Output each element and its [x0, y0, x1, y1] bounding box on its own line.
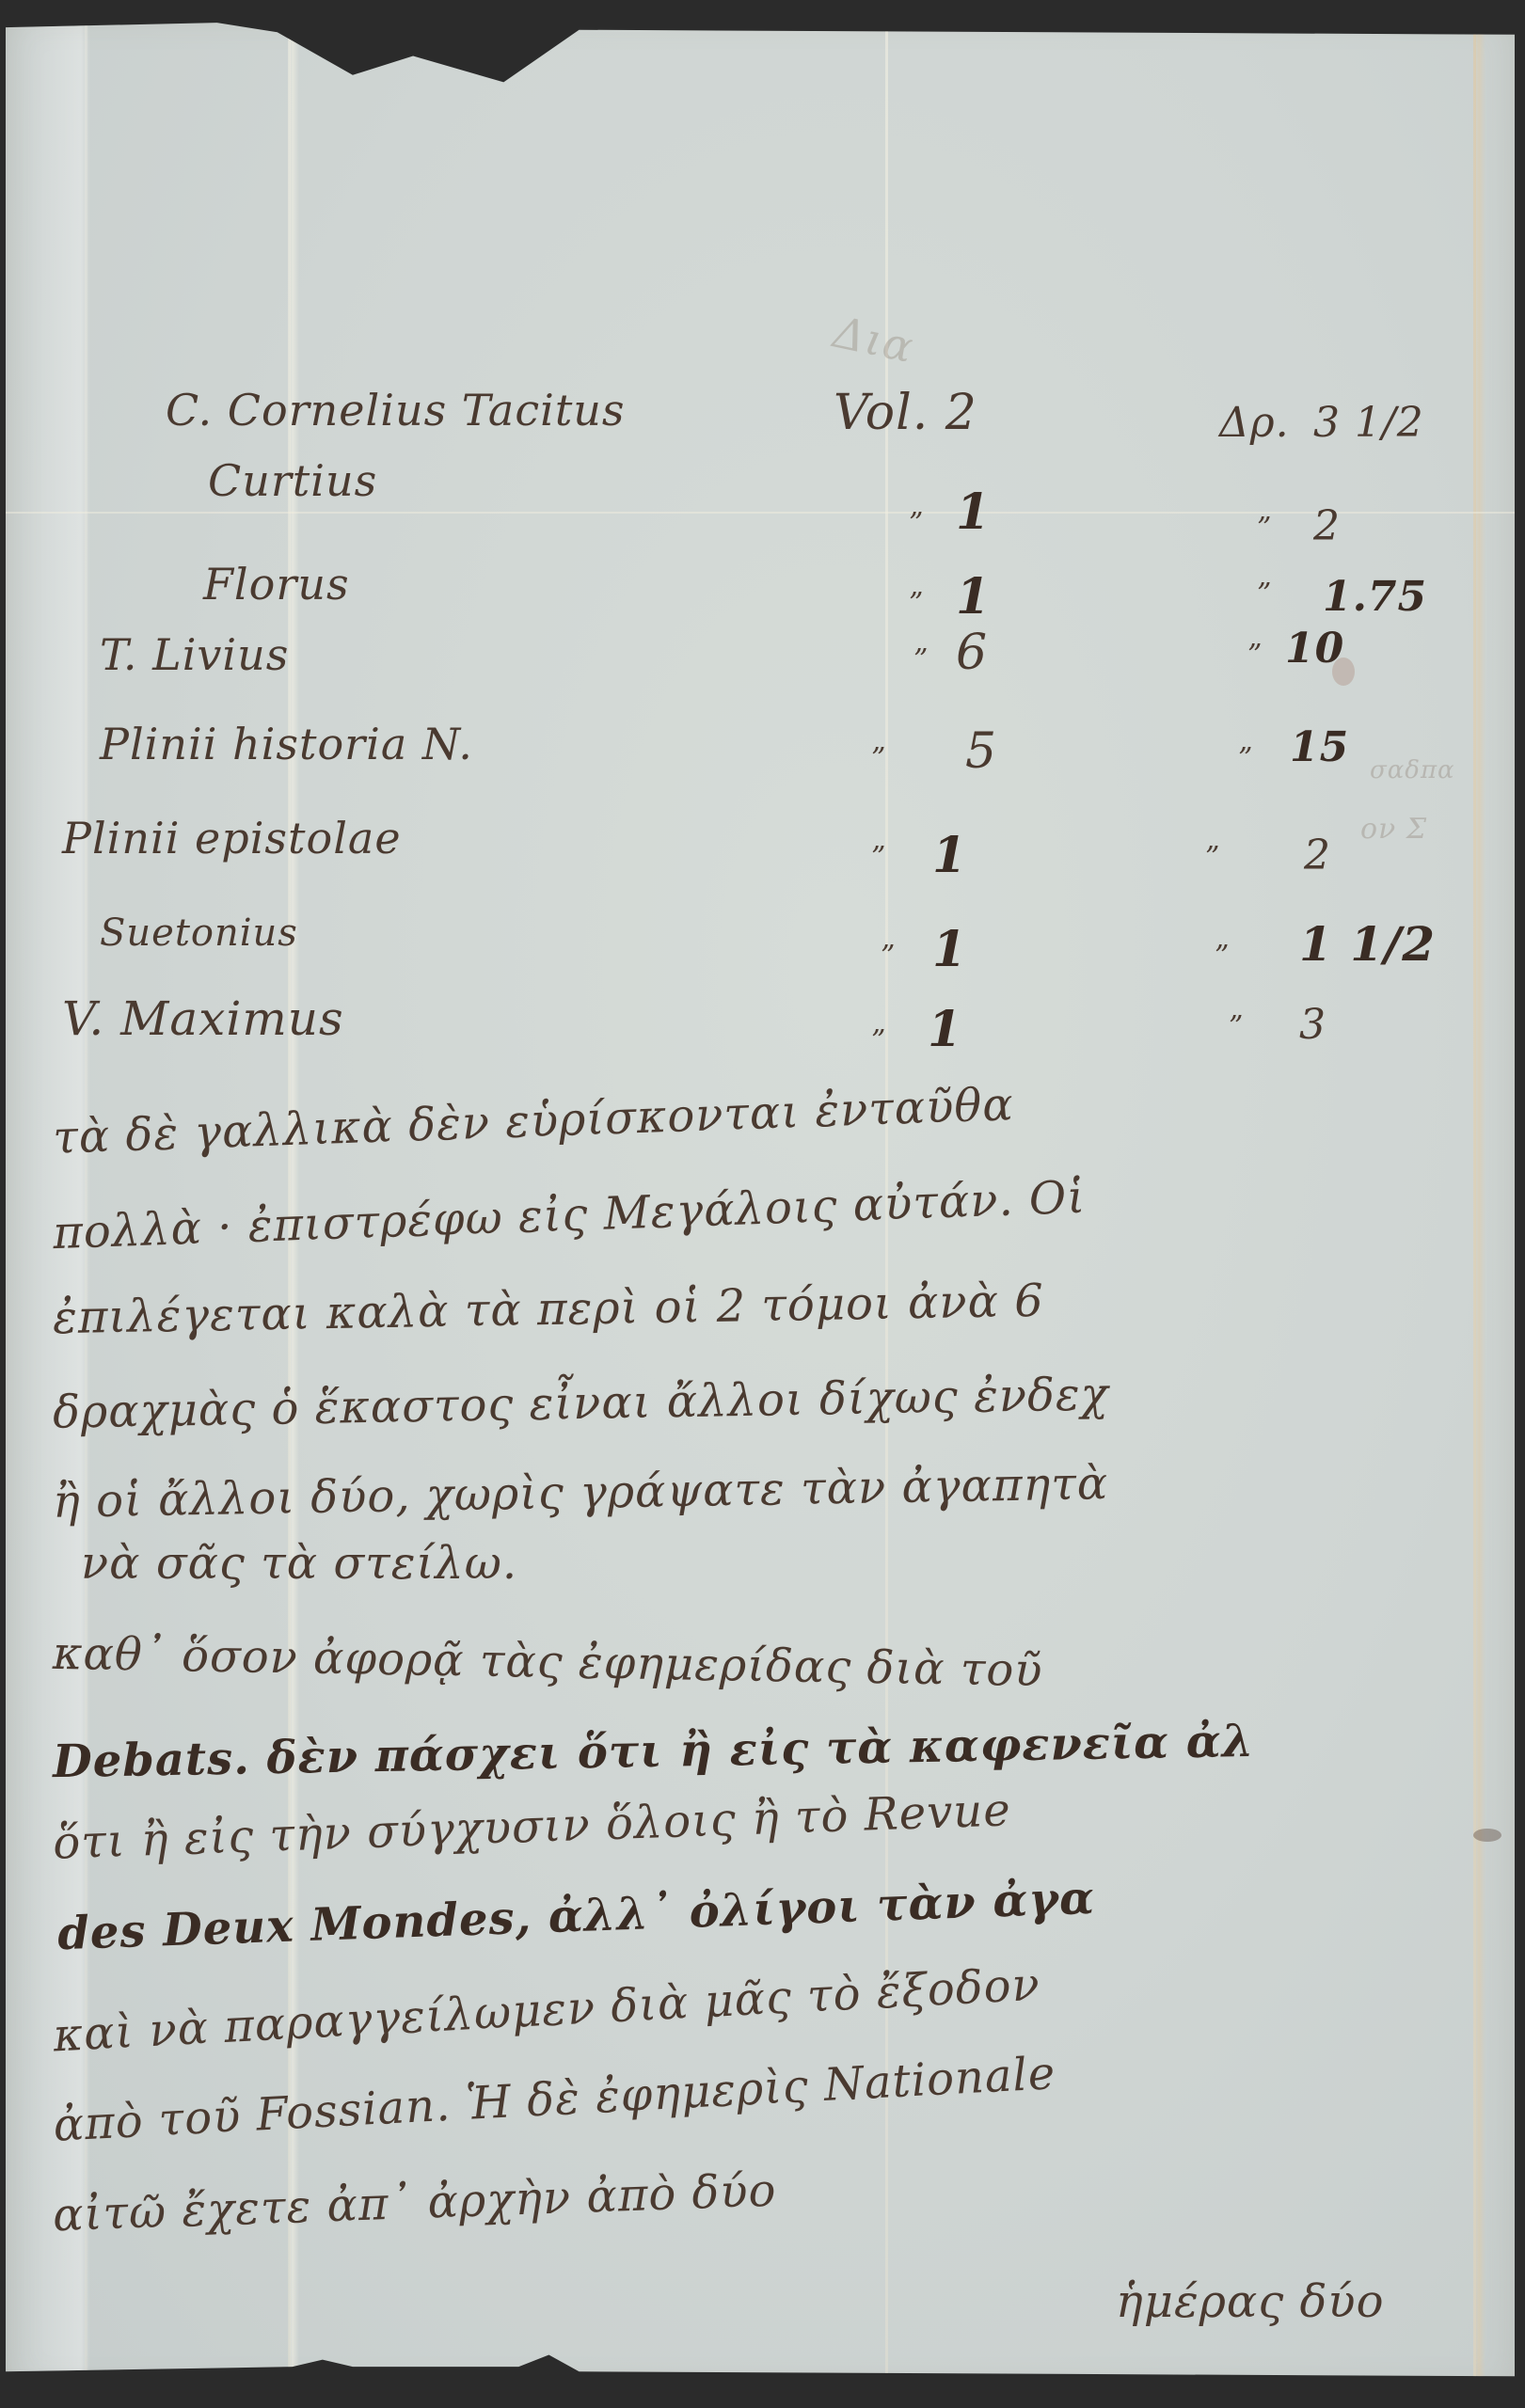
book-price: 1 1/2 [1299, 916, 1436, 972]
fold-line-edge [1473, 13, 1476, 2393]
book-volumes: 1 [932, 921, 967, 978]
book-author: Plinii epistolae [62, 813, 402, 863]
letter-line: ἡμέρας δύο [1116, 2275, 1384, 2328]
letter-line: ἢ οἱ ἄλλοι δύο, χωρὶς γράψατε τὰν ἀγαπητ… [53, 1457, 1109, 1529]
book-price: 2 [1304, 832, 1331, 879]
ditto-mark: ” [909, 507, 924, 540]
price-currency: Δρ. [1219, 399, 1290, 447]
ink-stain [1473, 1829, 1501, 1842]
book-price: 3 1/2 [1313, 399, 1424, 447]
letter-line: ἐπιλέγεται καλὰ τὰ περὶ οἱ 2 τόμοι ἀνὰ 6 [53, 1275, 1045, 1344]
book-author: Curtius [208, 455, 377, 506]
book-volumes: 6 [956, 625, 988, 681]
book-volumes: 1 [956, 483, 991, 541]
book-author: Suetonius [100, 911, 298, 955]
letter-line: καθ᾽ ὅσον ἀφορᾷ τὰς ἐφημερίδας διὰ τοῦ [53, 1627, 1043, 1697]
fold-line-horizontal [6, 512, 1515, 514]
ditto-mark: ” [1257, 512, 1272, 545]
book-author: Plinii historia N. [100, 719, 473, 769]
letter-line: τὰ δὲ γαλλικὰ δὲν εὑρίσκονται ἐνταῦθα [52, 1078, 1014, 1164]
book-price: 1.75 [1323, 573, 1427, 621]
letter-line: Debats. δὲν πάσχει ὅτι ἢ εἰς τὰ καφενεῖα… [53, 1715, 1255, 1788]
ditto-mark: ” [871, 841, 886, 874]
ditto-mark: ” [909, 587, 924, 620]
ditto-mark: ” [1238, 742, 1253, 775]
book-author: V. Maximus [62, 991, 344, 1046]
ditto-mark: ” [1229, 1010, 1244, 1043]
book-price: 10 [1285, 625, 1344, 673]
letter-line: des Deux Mondes, ἀλλ᾽ ὀλίγοι τὰν ἀγα [56, 1872, 1095, 1960]
letter-line: αἰτῶ ἔχετε ἀπ᾽ ἀρχὴν ἀπὸ δύο [52, 2164, 777, 2242]
bleed-through-text: ον Σ [1360, 813, 1427, 846]
book-volumes: 1 [928, 1001, 962, 1058]
book-author: T. Livius [100, 629, 289, 680]
book-volumes: Vol. 2 [834, 385, 977, 441]
bleed-through-text: σαδπα [1370, 756, 1455, 784]
ditto-mark: ” [1247, 639, 1263, 672]
book-volumes: 1 [932, 827, 967, 884]
letter-line: νὰ σᾶς τὰ στείλω. [81, 1537, 517, 1590]
letter-page: Δια σαδπα ον Σ C. Cornelius Tacitus Vol.… [6, 13, 1515, 2393]
book-price: 3 [1299, 1001, 1326, 1049]
letter-line: πολλὰ · ἐπιστρέφω εἰς Μεγάλοις αὐτάν. Οἱ [52, 1171, 1087, 1259]
book-price: 2 [1313, 502, 1341, 550]
bleed-through-text: Δια [829, 307, 918, 373]
ditto-mark: ” [1215, 940, 1230, 973]
book-price: 15 [1290, 723, 1349, 771]
book-volumes: 1 [956, 568, 991, 626]
letter-line: καὶ νὰ παραγγείλωμεν διὰ μᾶς τὸ ἔξοδον [52, 1958, 1041, 2063]
book-author: C. Cornelius Tacitus [166, 385, 626, 436]
ditto-mark: ” [881, 940, 896, 973]
ditto-mark: ” [871, 1024, 886, 1057]
ditto-mark: ” [1257, 578, 1272, 610]
book-author: Florus [203, 559, 350, 610]
letter-line: δραχμὰς ὁ ἕκαστος εἶναι ἄλλοι δίχως ἐνδε… [53, 1368, 1110, 1439]
book-volumes: 5 [965, 723, 997, 780]
letter-line: ὅτι ἢ εἰς τὴν σύγχυσιν ὅλοις ἢ τὸ Revue [52, 1783, 1011, 1870]
letter-line: ἀπὸ τοῦ Fossian. Ἡ δὲ ἐφημερὶς Nationale [52, 2047, 1056, 2152]
ditto-mark: ” [913, 643, 929, 676]
ditto-mark: ” [871, 742, 886, 775]
ditto-mark: ” [1205, 841, 1220, 874]
